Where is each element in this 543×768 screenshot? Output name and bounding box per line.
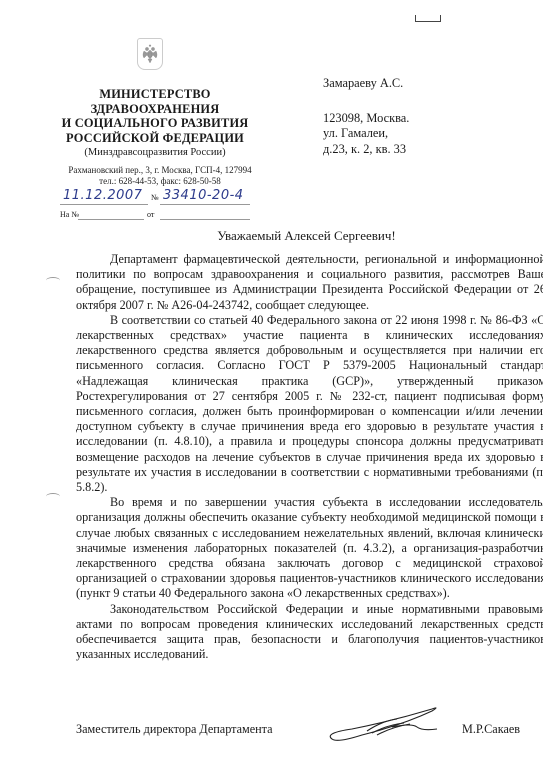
recipient-address-line: д.23, к. 2, кв. 33 — [323, 142, 409, 157]
number-label: № — [151, 193, 159, 202]
punch-hole-mark — [46, 493, 60, 500]
handwritten-date: 11.12.2007 — [63, 188, 142, 203]
handwritten-reg-number: 33410-20-4 — [163, 188, 244, 203]
reply-to-underline — [78, 219, 144, 220]
ministry-address: Рахмановский пер., 3, г. Москва, ГСП-4, … — [60, 165, 260, 186]
ministry-name: МИНИСТЕРСТВО ЗДРАВООХРАНЕНИЯ И СОЦИАЛЬНО… — [60, 87, 250, 145]
address-line: Рахмановский пер., 3, г. Москва, ГСП-4, … — [60, 165, 260, 176]
coat-of-arms-icon — [137, 38, 163, 70]
recipient-address-line: ул. Гамалеи, — [323, 126, 409, 141]
ministry-line: РОССИЙСКОЙ ФЕДЕРАЦИИ — [60, 131, 250, 146]
phone-fax-line: тел.: 628-44-53, факс: 628-50-58 — [60, 176, 260, 187]
body-paragraph: Департамент фармацевтической деятельност… — [76, 252, 543, 313]
signatory-name: М.Р.Сакаев — [462, 722, 520, 737]
number-underline — [160, 204, 250, 205]
recipient-address-line: 123098, Москва. — [323, 111, 409, 126]
signatory-title: Заместитель директора Департамента — [76, 722, 273, 737]
body-paragraph: Во время и по завершении участия субъект… — [76, 495, 543, 601]
letter-body: Департамент фармацевтической деятельност… — [76, 252, 543, 662]
ministry-line: ЗДРАВООХРАНЕНИЯ — [60, 102, 250, 117]
corner-mark — [415, 15, 441, 22]
punch-hole-mark — [46, 277, 60, 284]
ministry-line: И СОЦИАЛЬНОГО РАЗВИТИЯ — [60, 116, 250, 131]
recipient-name: Замараеву А.С. — [323, 76, 409, 91]
from-underline — [160, 219, 250, 220]
reply-to-label: На № — [60, 210, 79, 219]
recipient-block: Замараеву А.С. 123098, Москва. ул. Гамал… — [323, 76, 409, 157]
body-paragraph: В соответствии со статьей 40 Федеральног… — [76, 313, 543, 495]
from-label: от — [147, 210, 154, 219]
body-paragraph: Законодательством Российской Федерации и… — [76, 602, 543, 663]
ministry-line: МИНИСТЕРСТВО — [60, 87, 250, 102]
double-headed-eagle-icon — [141, 43, 159, 65]
salutation: Уважаемый Алексей Сергеевич! — [0, 228, 543, 244]
date-underline — [60, 204, 148, 205]
ministry-short-name: (Минздравсоцразвития России) — [60, 147, 250, 158]
